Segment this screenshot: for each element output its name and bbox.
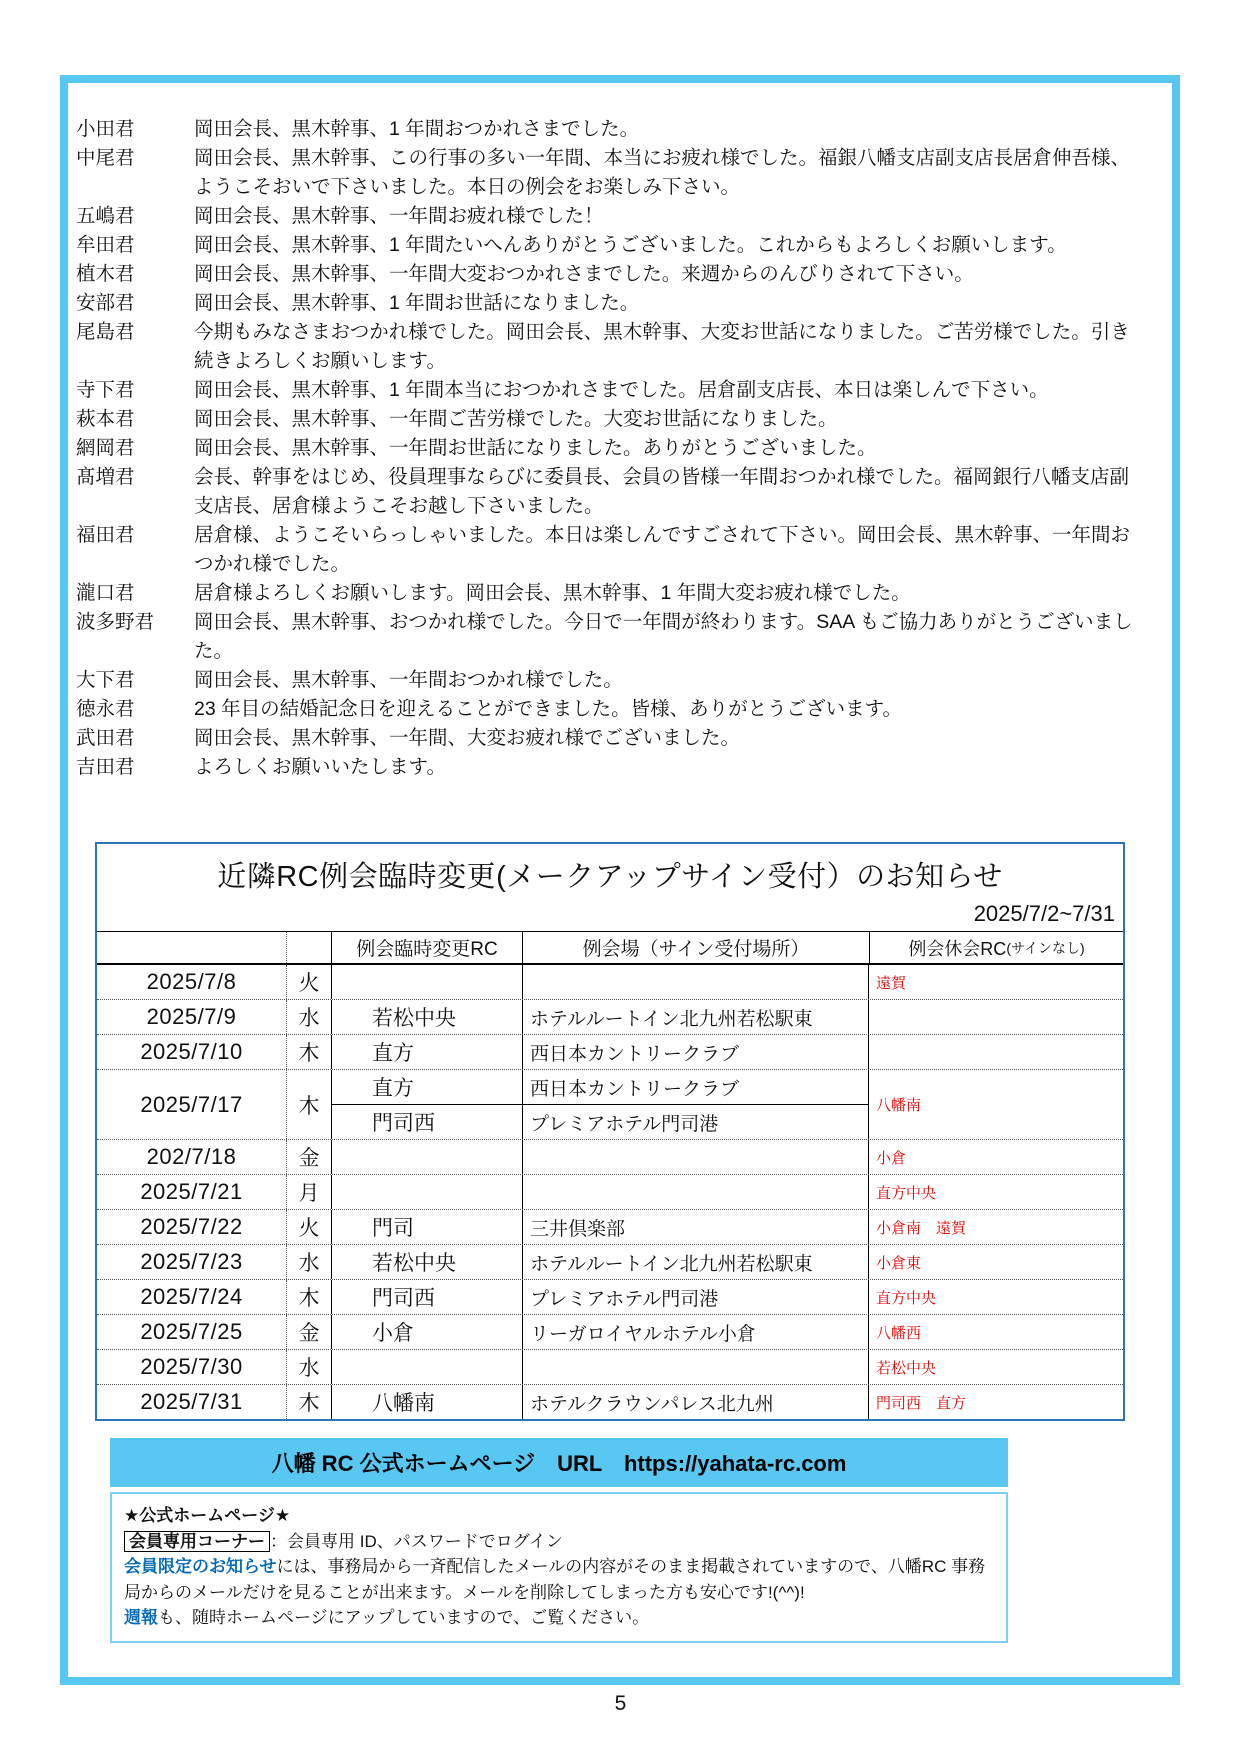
- entry-rc: 若松中央: [332, 1245, 522, 1279]
- schedule-date: 2025/7/31: [97, 1385, 286, 1419]
- schedule-weekday: 水: [286, 1350, 331, 1384]
- comment-row: 吉田君 よろしくお願いいたします。: [76, 753, 1154, 782]
- schedule-closed-rc: 直方中央: [869, 1175, 1123, 1209]
- schedule-closed-rc: 小倉南 遠賀: [869, 1210, 1123, 1244]
- schedule-weekday: 木: [286, 1385, 331, 1419]
- schedule-entries: [331, 1350, 869, 1384]
- schedule-closed-rc: 直方中央: [869, 1280, 1123, 1314]
- schedule-entries: 直方 西日本カントリークラブ: [331, 1035, 869, 1069]
- member-name: 武田君: [76, 724, 194, 753]
- entry-rc: 門司: [332, 1210, 522, 1244]
- header-closed-rc-note: (サインなし): [1006, 938, 1084, 958]
- comment-row: 網岡君 岡田会長、黒木幹事、一年間お世話になりました。ありがとうございました。: [76, 434, 1154, 463]
- member-corner-line: 会員専用コーナー：会員専用 ID、パスワードでログイン: [124, 1529, 994, 1555]
- header-venue: 例会場（サイン受付場所）: [522, 932, 869, 963]
- member-comment: 岡田会長、黒木幹事、一年間お世話になりました。ありがとうございました。: [194, 434, 1134, 463]
- comment-row: 植木君 岡田会長、黒木幹事、一年間大変おつかれさまでした。来週からのんびりされて…: [76, 260, 1154, 289]
- member-comment: 岡田会長、黒木幹事、一年間ご苦労様でした。大変お世話になりました。: [194, 405, 1134, 434]
- comment-row: 波多野君 岡田会長、黒木幹事、おつかれ様でした。今日で一年間が終わります。SAA…: [76, 608, 1154, 666]
- entry-venue: リーガロイヤルホテル小倉: [522, 1315, 868, 1349]
- comment-row: 中尾君 岡田会長、黒木幹事、この行事の多い一年間、本当にお疲れ様でした。福銀八幡…: [76, 144, 1154, 202]
- entry-rc: 小倉: [332, 1315, 522, 1349]
- entry-rc: 直方: [332, 1070, 522, 1104]
- schedule-entry: [332, 965, 868, 999]
- member-comment: よろしくお願いいたします。: [194, 753, 1134, 782]
- entry-venue: ホテルルートイン北九州若松駅東: [522, 1245, 868, 1279]
- member-name: 福田君: [76, 521, 194, 579]
- notice-line: 会員限定のお知らせには、事務局から一斉配信したメールの内容がそのまま掲載されてい…: [124, 1554, 994, 1605]
- schedule-date: 2025/7/17: [97, 1070, 286, 1139]
- entry-rc: 直方: [332, 1035, 522, 1069]
- schedule-weekday: 水: [286, 1245, 331, 1279]
- comment-row: 小田君 岡田会長、黒木幹事、1 年間おつかれさまでした。: [76, 115, 1154, 144]
- schedule-date: 202/7/18: [97, 1140, 286, 1174]
- schedule-entries: 直方 西日本カントリークラブ 門司西 プレミアホテル門司港: [331, 1070, 869, 1139]
- member-comment: 岡田会長、黒木幹事、1 年間たいへんありがとうございました。これからもよろしくお…: [194, 231, 1134, 260]
- member-name: 瀧口君: [76, 579, 194, 608]
- member-name: 萩本君: [76, 405, 194, 434]
- page-number: 5: [0, 1692, 1241, 1716]
- member-comment: 岡田会長、黒木幹事、一年間、大変お疲れ様でございました。: [194, 724, 1134, 753]
- schedule-title: 近隣RC例会臨時変更(メークアップサイン受付）のお知らせ: [97, 844, 1123, 895]
- schedule-entry: 門司西 プレミアホテル門司港: [332, 1280, 868, 1314]
- entry-rc: [332, 965, 522, 999]
- member-comment: 岡田会長、黒木幹事、一年間お疲れ様でした！: [194, 202, 1134, 231]
- schedule-weekday: 火: [286, 1210, 331, 1244]
- comment-row: 徳永君 23 年目の結婚記念日を迎えることができました。皆様、ありがとうございま…: [76, 695, 1154, 724]
- member-name: 徳永君: [76, 695, 194, 724]
- member-name: 尾島君: [76, 318, 194, 376]
- member-corner-label: 会員専用コーナー: [124, 1531, 270, 1552]
- member-comment: 会長、幹事をはじめ、役員理事ならびに委員長、会員の皆様一年間おつかれ様でした。福…: [194, 463, 1134, 521]
- comment-row: 瀧口君 居倉様よろしくお願いします。岡田会長、黒木幹事、1 年間大変お疲れ様でし…: [76, 579, 1154, 608]
- member-name: 小田君: [76, 115, 194, 144]
- entry-rc: 若松中央: [332, 1000, 522, 1034]
- schedule-entries: 門司 三井倶楽部: [331, 1210, 869, 1244]
- schedule-weekday: 水: [286, 1000, 331, 1034]
- schedule-row: 2025/7/24 木 門司西 プレミアホテル門司港 直方中央: [97, 1279, 1123, 1314]
- schedule-entries: [331, 1175, 869, 1209]
- flower-comments-list: 小田君 岡田会長、黒木幹事、1 年間おつかれさまでした。 中尾君 岡田会長、黒木…: [76, 115, 1154, 782]
- members-only-news-link: 会員限定のお知らせ: [124, 1557, 277, 1576]
- schedule-row: 2025/7/21 月 直方中央: [97, 1174, 1123, 1209]
- homepage-heading: ★公式ホームページ★: [124, 1503, 994, 1529]
- schedule-closed-rc: [869, 1000, 1123, 1034]
- schedule-row: 2025/7/25 金 小倉 リーガロイヤルホテル小倉 八幡西: [97, 1314, 1123, 1349]
- entry-venue: プレミアホテル門司港: [522, 1280, 868, 1314]
- entry-venue: プレミアホテル門司港: [522, 1105, 868, 1139]
- schedule-table: 近隣RC例会臨時変更(メークアップサイン受付）のお知らせ 2025/7/2~7/…: [95, 842, 1125, 1421]
- schedule-closed-rc: 小倉: [869, 1140, 1123, 1174]
- schedule-date: 2025/7/24: [97, 1280, 286, 1314]
- entry-venue: [522, 1175, 868, 1209]
- comment-row: 寺下君 岡田会長、黒木幹事、1 年間本当におつかれさまでした。居倉副支店長、本日…: [76, 376, 1154, 405]
- member-name: 植木君: [76, 260, 194, 289]
- entry-rc: 門司西: [332, 1280, 522, 1314]
- schedule-entry: 直方 西日本カントリークラブ: [332, 1035, 868, 1069]
- schedule-weekday: 木: [286, 1280, 331, 1314]
- schedule-entries: 八幡南 ホテルクラウンパレス北九州: [331, 1385, 869, 1419]
- entry-rc: [332, 1175, 522, 1209]
- comment-row: 尾島君 今期もみなさまおつかれ様でした。岡田会長、黒木幹事、大変お世話になりまし…: [76, 318, 1154, 376]
- member-name: 大下君: [76, 666, 194, 695]
- schedule-entry: 八幡南 ホテルクラウンパレス北九州: [332, 1385, 868, 1419]
- entry-venue: 西日本カントリークラブ: [522, 1070, 868, 1104]
- schedule-row: 2025/7/8 火 遠賀: [97, 965, 1123, 999]
- schedule-entry: 門司 三井倶楽部: [332, 1210, 868, 1244]
- header-closed-rc: 例会休会RC(サインなし): [869, 932, 1123, 963]
- schedule-date: 2025/7/8: [97, 965, 286, 999]
- entry-rc: 八幡南: [332, 1385, 522, 1419]
- schedule-weekday: 月: [286, 1175, 331, 1209]
- schedule-entries: [331, 1140, 869, 1174]
- schedule-date: 2025/7/10: [97, 1035, 286, 1069]
- schedule-date: 2025/7/9: [97, 1000, 286, 1034]
- member-name: 波多野君: [76, 608, 194, 666]
- member-comment: 岡田会長、黒木幹事、1 年間本当におつかれさまでした。居倉副支店長、本日は楽しん…: [194, 376, 1134, 405]
- comment-row: 大下君 岡田会長、黒木幹事、一年間おつかれ様でした。: [76, 666, 1154, 695]
- member-name: 安部君: [76, 289, 194, 318]
- schedule-row: 2025/7/10 木 直方 西日本カントリークラブ: [97, 1034, 1123, 1069]
- schedule-entry: [332, 1140, 868, 1174]
- schedule-entry: 門司西 プレミアホテル門司港: [332, 1104, 868, 1139]
- schedule-rows: 2025/7/8 火 遠賀 2025/7/9 水 若松中央 ホテルルートイン北九…: [97, 965, 1123, 1419]
- header-closed-rc-main: 例会休会RC: [908, 935, 1006, 961]
- homepage-banner: 八幡 RC 公式ホームページ URL https://yahata-rc.com: [110, 1438, 1008, 1487]
- entry-venue: ホテルクラウンパレス北九州: [522, 1385, 868, 1419]
- member-name: 髙増君: [76, 463, 194, 521]
- entry-venue: 西日本カントリークラブ: [522, 1035, 868, 1069]
- weekly-report-link: 週報: [124, 1608, 158, 1627]
- schedule-row: 2025/7/22 火 門司 三井倶楽部 小倉南 遠賀: [97, 1209, 1123, 1244]
- comment-row: 福田君 居倉様、ようこそいらっしゃいました。本日は楽しんですごされて下さい。岡田…: [76, 521, 1154, 579]
- member-name: 寺下君: [76, 376, 194, 405]
- entry-rc: 門司西: [332, 1105, 522, 1139]
- entry-venue: 三井倶楽部: [522, 1210, 868, 1244]
- schedule-row: 2025/7/9 水 若松中央 ホテルルートイン北九州若松駅東: [97, 999, 1123, 1034]
- member-comment: 居倉様、ようこそいらっしゃいました。本日は楽しんですごされて下さい。岡田会長、黒…: [194, 521, 1134, 579]
- schedule-date: 2025/7/23: [97, 1245, 286, 1279]
- comment-row: 牟田君 岡田会長、黒木幹事、1 年間たいへんありがとうございました。これからもよ…: [76, 231, 1154, 260]
- schedule-entries: 小倉 リーガロイヤルホテル小倉: [331, 1315, 869, 1349]
- comment-row: 安部君 岡田会長、黒木幹事、1 年間お世話になりました。: [76, 289, 1154, 318]
- schedule-entry: 直方 西日本カントリークラブ: [332, 1070, 868, 1104]
- entry-venue: [522, 1140, 868, 1174]
- schedule-entry: 若松中央 ホテルルートイン北九州若松駅東: [332, 1245, 868, 1279]
- comment-row: 五嶋君 岡田会長、黒木幹事、一年間お疲れ様でした！: [76, 202, 1154, 231]
- member-name: 牟田君: [76, 231, 194, 260]
- homepage-info-box: ★公式ホームページ★ 会員専用コーナー：会員専用 ID、パスワードでログイン 会…: [110, 1492, 1008, 1643]
- member-corner-text: ：会員専用 ID、パスワードでログイン: [270, 1532, 563, 1551]
- schedule-closed-rc: [869, 1035, 1123, 1069]
- schedule-row: 202/7/18 金 小倉: [97, 1139, 1123, 1174]
- schedule-date: 2025/7/30: [97, 1350, 286, 1384]
- schedule-entry: [332, 1350, 868, 1384]
- schedule-closed-rc: 若松中央: [869, 1350, 1123, 1384]
- header-date-blank: [97, 932, 286, 963]
- schedule-entry: [332, 1175, 868, 1209]
- schedule-row: 2025/7/30 水 若松中央: [97, 1349, 1123, 1384]
- schedule-entry: 若松中央 ホテルルートイン北九州若松駅東: [332, 1000, 868, 1034]
- schedule-closed-rc: 八幡西: [869, 1315, 1123, 1349]
- member-comment: 居倉様よろしくお願いします。岡田会長、黒木幹事、1 年間大変お疲れ様でした。: [194, 579, 1134, 608]
- comment-row: 髙増君 会長、幹事をはじめ、役員理事ならびに委員長、会員の皆様一年間おつかれ様で…: [76, 463, 1154, 521]
- schedule-entries: 若松中央 ホテルルートイン北九州若松駅東: [331, 1245, 869, 1279]
- comment-row: 武田君 岡田会長、黒木幹事、一年間、大変お疲れ様でございました。: [76, 724, 1154, 753]
- page-frame: 小田君 岡田会長、黒木幹事、1 年間おつかれさまでした。 中尾君 岡田会長、黒木…: [60, 75, 1180, 1685]
- member-comment: 今期もみなさまおつかれ様でした。岡田会長、黒木幹事、大変お世話になりました。ご苦…: [194, 318, 1134, 376]
- member-comment: 岡田会長、黒木幹事、1 年間お世話になりました。: [194, 289, 1134, 318]
- schedule-header-row: 例会臨時変更RC 例会場（サイン受付場所） 例会休会RC(サインなし): [97, 931, 1123, 965]
- schedule-closed-rc: 小倉東: [869, 1245, 1123, 1279]
- entry-venue: [522, 1350, 868, 1384]
- schedule-weekday: 木: [286, 1070, 331, 1139]
- entry-venue: ホテルルートイン北九州若松駅東: [522, 1000, 868, 1034]
- schedule-weekday: 金: [286, 1315, 331, 1349]
- entry-rc: [332, 1350, 522, 1384]
- schedule-entries: [331, 965, 869, 999]
- schedule-closed-rc: 八幡南: [869, 1070, 1123, 1139]
- schedule-weekday: 金: [286, 1140, 331, 1174]
- member-comment: 岡田会長、黒木幹事、1 年間おつかれさまでした。: [194, 115, 1134, 144]
- schedule-row: 2025/7/17 木 直方 西日本カントリークラブ 門司西 プレミアホテル門司…: [97, 1069, 1123, 1139]
- header-weekday-blank: [286, 932, 331, 963]
- header-change-rc: 例会臨時変更RC: [331, 932, 522, 963]
- schedule-date-range: 2025/7/2~7/31: [97, 895, 1123, 931]
- schedule-row: 2025/7/31 木 八幡南 ホテルクラウンパレス北九州 門司西 直方: [97, 1384, 1123, 1419]
- weekly-report-line: 週報も、随時ホームページにアップしていますので、ご覧ください。: [124, 1605, 994, 1631]
- schedule-entries: 若松中央 ホテルルートイン北九州若松駅東: [331, 1000, 869, 1034]
- member-name: 五嶋君: [76, 202, 194, 231]
- member-comment: 岡田会長、黒木幹事、一年間大変おつかれさまでした。来週からのんびりされて下さい。: [194, 260, 1134, 289]
- schedule-entries: 門司西 プレミアホテル門司港: [331, 1280, 869, 1314]
- member-comment: 岡田会長、黒木幹事、一年間おつかれ様でした。: [194, 666, 1134, 695]
- member-comment: 岡田会長、黒木幹事、この行事の多い一年間、本当にお疲れ様でした。福銀八幡支店副支…: [194, 144, 1134, 202]
- schedule-date: 2025/7/25: [97, 1315, 286, 1349]
- comment-row: 萩本君 岡田会長、黒木幹事、一年間ご苦労様でした。大変お世話になりました。: [76, 405, 1154, 434]
- entry-venue: [522, 965, 868, 999]
- member-name: 中尾君: [76, 144, 194, 202]
- entry-rc: [332, 1140, 522, 1174]
- weekly-text: も、随時ホームページにアップしていますので、ご覧ください。: [158, 1608, 649, 1627]
- member-name: 網岡君: [76, 434, 194, 463]
- schedule-entry: 小倉 リーガロイヤルホテル小倉: [332, 1315, 868, 1349]
- schedule-date: 2025/7/22: [97, 1210, 286, 1244]
- member-comment: 岡田会長、黒木幹事、おつかれ様でした。今日で一年間が終わります。SAA もご協力…: [194, 608, 1134, 666]
- schedule-row: 2025/7/23 水 若松中央 ホテルルートイン北九州若松駅東 小倉東: [97, 1244, 1123, 1279]
- schedule-weekday: 木: [286, 1035, 331, 1069]
- schedule-weekday: 火: [286, 965, 331, 999]
- member-comment: 23 年目の結婚記念日を迎えることができました。皆様、ありがとうございます。: [194, 695, 1134, 724]
- schedule-closed-rc: 遠賀: [869, 965, 1123, 999]
- schedule-closed-rc: 門司西 直方: [869, 1385, 1123, 1419]
- member-name: 吉田君: [76, 753, 194, 782]
- schedule-date: 2025/7/21: [97, 1175, 286, 1209]
